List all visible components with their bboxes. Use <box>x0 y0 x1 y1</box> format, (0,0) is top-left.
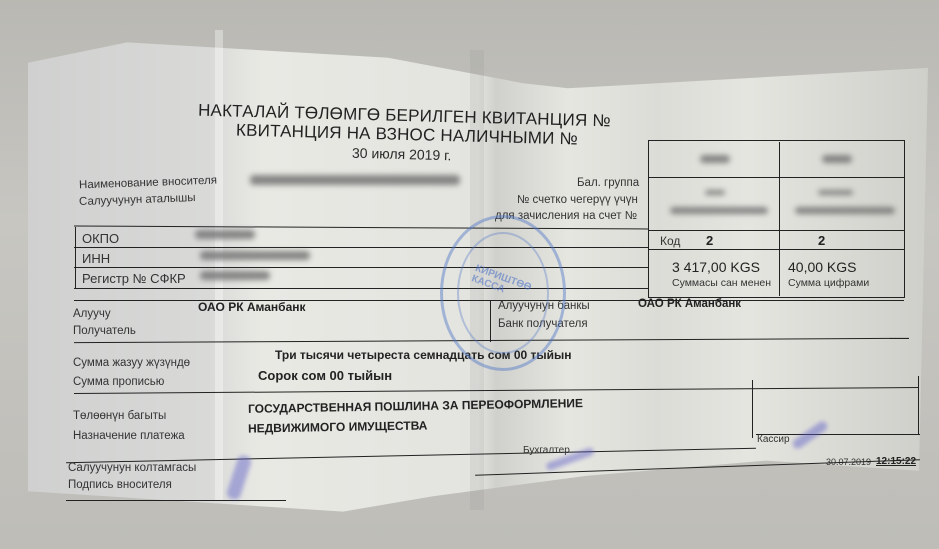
account-label-kg: № счетко чегерүү үчүн <box>517 194 638 206</box>
inn-label: ИНН <box>82 251 110 266</box>
code-right-value: 2 <box>818 233 825 248</box>
divider <box>75 227 76 289</box>
amount-right-label: Сумма цифрами <box>788 277 869 289</box>
divider <box>66 500 286 501</box>
redacted-account-number <box>670 207 768 214</box>
amount-words-label-ru: Сумма прописью <box>73 376 164 388</box>
cashier-label: Кассир <box>757 434 790 445</box>
payer-signature-label-ru: Подпись вносителя <box>68 479 172 491</box>
redacted-value <box>818 190 853 195</box>
bank-stamp: КИРИШТӨӨ КАССА <box>440 215 566 371</box>
amount-left-label: Суммасы сан менен <box>672 277 771 289</box>
bal-group-label: Бал. группа <box>577 177 639 189</box>
purpose-label-kg: Төлөөнүн багыты <box>73 410 166 422</box>
redacted-value <box>822 155 852 163</box>
payer-signature-label-kg: Салуучунун колтамгасы <box>68 462 196 474</box>
divider <box>779 142 780 296</box>
divider <box>648 177 904 178</box>
recipient-label-ru: Получатель <box>73 325 136 337</box>
recipient-bank-value: ОАО РК Аманбанк <box>638 298 741 310</box>
receipt-date: 30 июля 2019 г. <box>352 145 452 164</box>
divider <box>74 247 649 248</box>
redacted-payer-name <box>250 175 460 185</box>
amount-words-label-kg: Сумма жазуу жүзүндө <box>73 357 190 369</box>
amount-left: 3 417,00 KGS <box>672 259 760 275</box>
code-label: Код <box>660 234 680 248</box>
divider <box>648 230 904 231</box>
accountant-label: Бухгалтер <box>523 445 570 456</box>
purpose-label-ru: Назначение платежа <box>73 430 185 442</box>
redacted-value <box>700 155 730 163</box>
okpo-label: ОКПО <box>82 231 119 246</box>
redacted-okpo <box>195 230 255 239</box>
divider <box>918 376 919 434</box>
amount-words-line2: Сорок сом 00 тыйын <box>258 368 392 383</box>
redacted-inn <box>200 251 310 260</box>
divider <box>752 380 753 438</box>
amount-right: 40,00 KGS <box>788 259 857 275</box>
recipient-label-kg: Алуучу <box>73 308 111 320</box>
redacted-sfkr <box>200 271 270 280</box>
redacted-account-number <box>795 207 895 214</box>
code-left-value: 2 <box>706 233 713 248</box>
redacted-value <box>705 190 725 195</box>
recipient-value: ОАО РК Аманбанк <box>198 300 306 314</box>
sfkr-label: Регистр № СФКР <box>82 271 186 286</box>
divider <box>648 249 904 250</box>
